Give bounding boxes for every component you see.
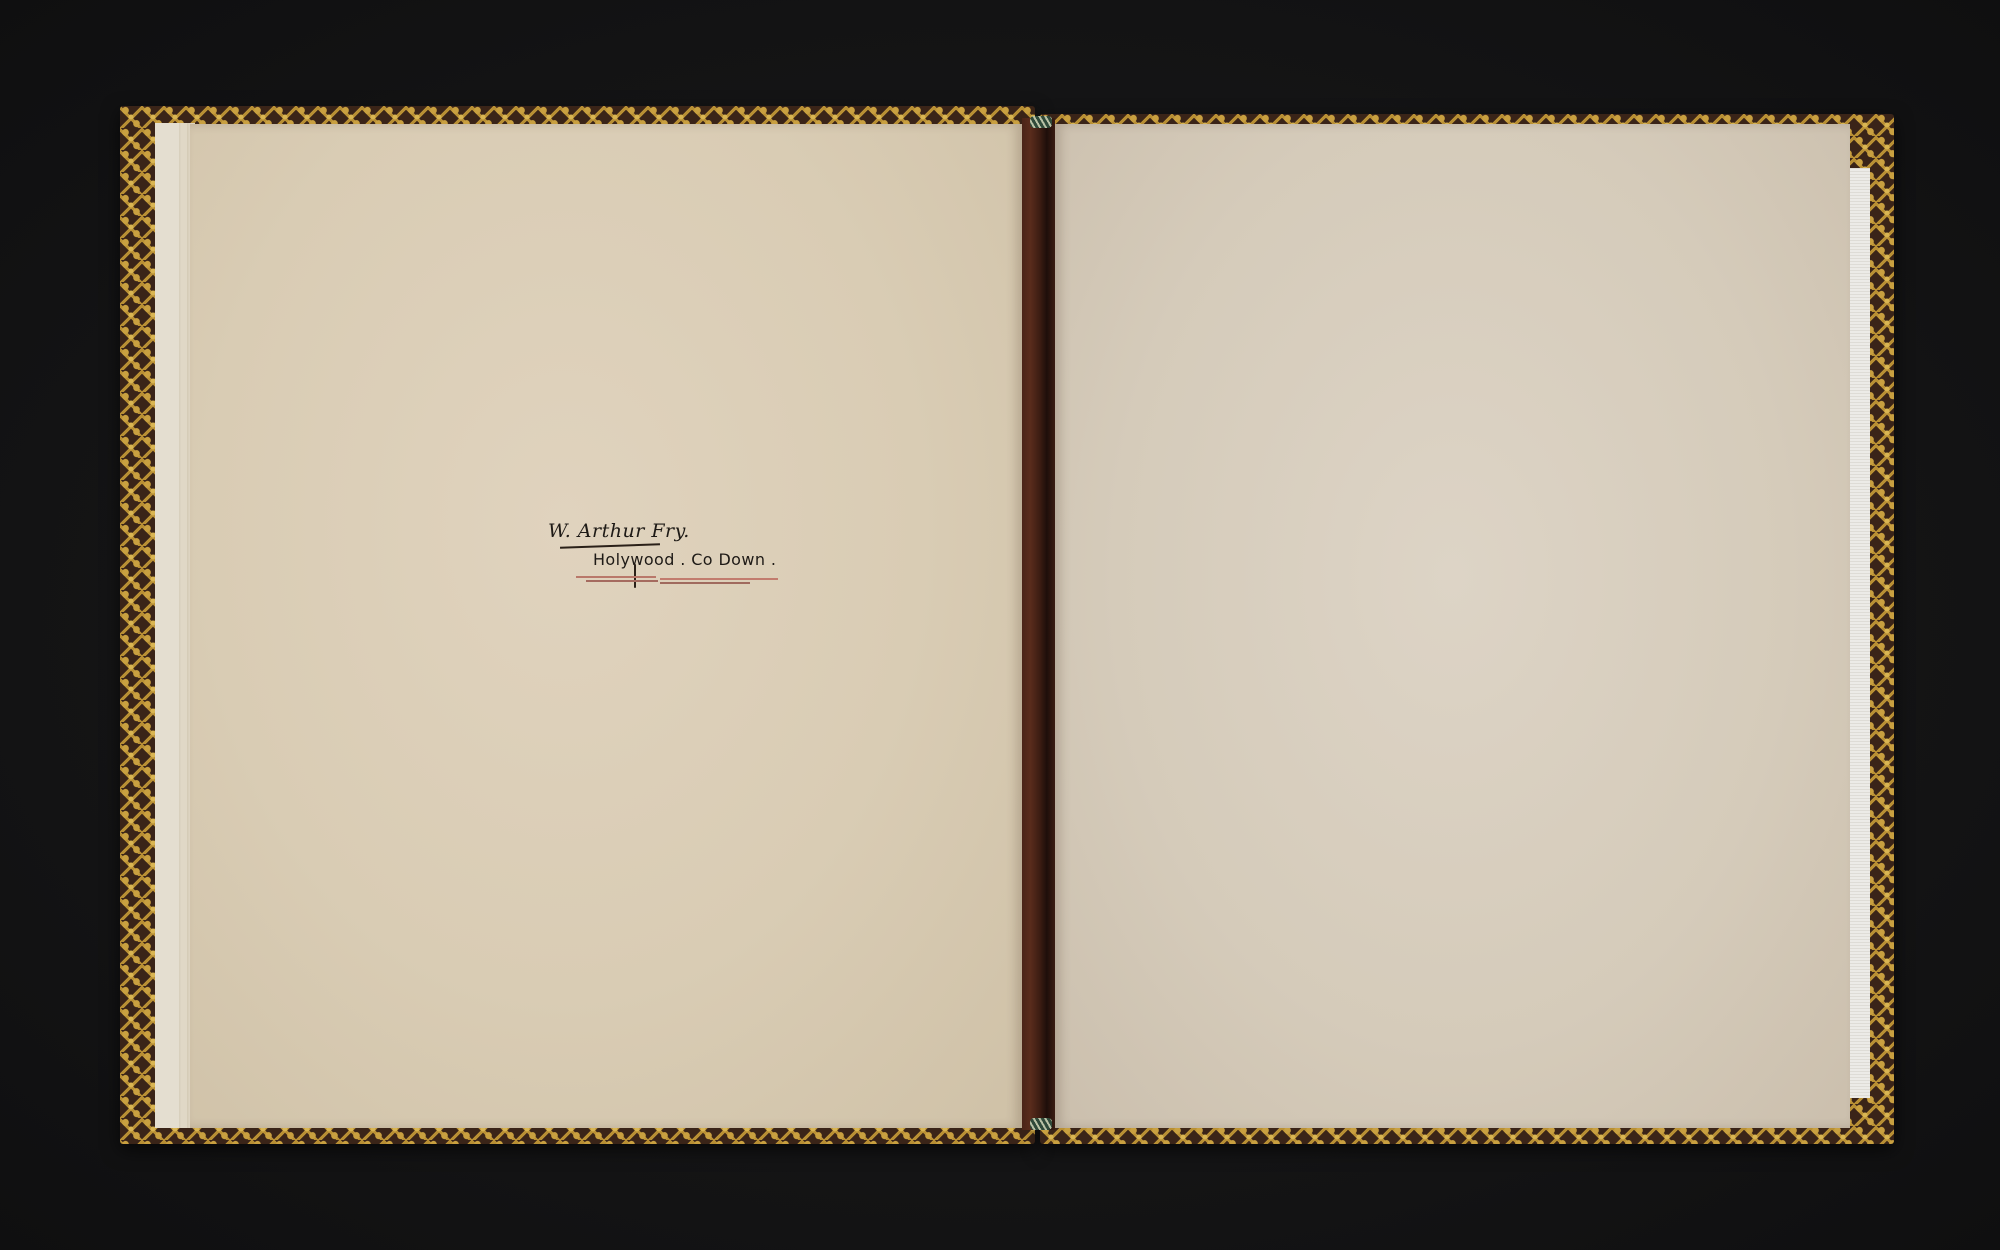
right-leaf-edges bbox=[1848, 168, 1870, 1098]
red-rule bbox=[660, 582, 750, 584]
inscription-name: W. Arthur Fry. bbox=[548, 520, 690, 542]
book-gutter-spine bbox=[1022, 118, 1055, 1130]
red-rule bbox=[586, 580, 658, 582]
red-rule bbox=[576, 576, 656, 578]
headband-bottom bbox=[1030, 1118, 1052, 1130]
name-flourish bbox=[560, 543, 660, 548]
red-rule bbox=[660, 578, 778, 580]
left-page bbox=[190, 124, 1022, 1128]
right-page bbox=[1055, 124, 1850, 1128]
inscription-place: Holywood . Co Down . bbox=[593, 550, 776, 569]
handwritten-inscription: W. Arthur Fry. Holywood . Co Down . bbox=[538, 520, 778, 590]
headband-top bbox=[1030, 116, 1052, 128]
left-leaf-edges bbox=[155, 123, 195, 1128]
